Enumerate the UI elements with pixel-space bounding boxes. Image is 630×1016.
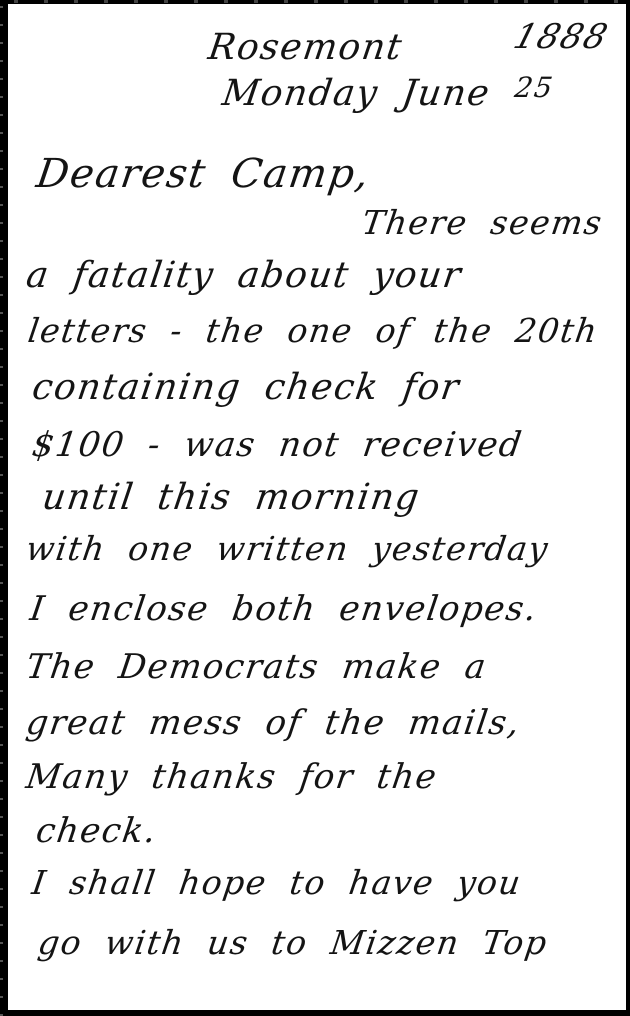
letter-body-line: until this morning: [40, 480, 422, 516]
letter-body-line: Many thanks for the: [24, 760, 440, 794]
letter-page: Rosemont 1888 Monday June 25 Dearest Cam…: [8, 4, 626, 1010]
letter-body-line: The Democrats make a: [24, 650, 489, 684]
letter-salutation: Dearest Camp,: [34, 154, 373, 194]
scan-edge-left: [0, 0, 3, 1016]
letter-scan: Rosemont 1888 Monday June 25 Dearest Cam…: [0, 0, 630, 1016]
scan-edge-top: [0, 0, 630, 3]
letter-body-line: a fatality about your: [24, 258, 464, 294]
letter-body-line: check.: [34, 814, 159, 848]
letter-date-weekday-month: Monday June: [220, 73, 493, 114]
letter-body-line: letters - the one of the 20th: [26, 314, 600, 347]
letter-date-day: 25: [513, 71, 556, 104]
letter-body-line: containing check for: [30, 370, 462, 406]
letter-year: 1888: [510, 20, 612, 54]
letter-body-line: There seems: [360, 206, 605, 239]
letter-body-line: I enclose both envelopes.: [28, 592, 540, 626]
letter-body-line: great mess of the mails,: [24, 706, 523, 740]
letter-body-line: I shall hope to have you: [30, 866, 524, 899]
letter-body-line: go with us to Mizzen Top: [36, 926, 550, 959]
letter-body-line: $100 - was not received: [30, 428, 525, 462]
letter-place: Rosemont: [206, 30, 405, 66]
letter-date-line: Monday June 25: [220, 74, 556, 112]
letter-body-line: with one written yesterday: [24, 532, 551, 565]
